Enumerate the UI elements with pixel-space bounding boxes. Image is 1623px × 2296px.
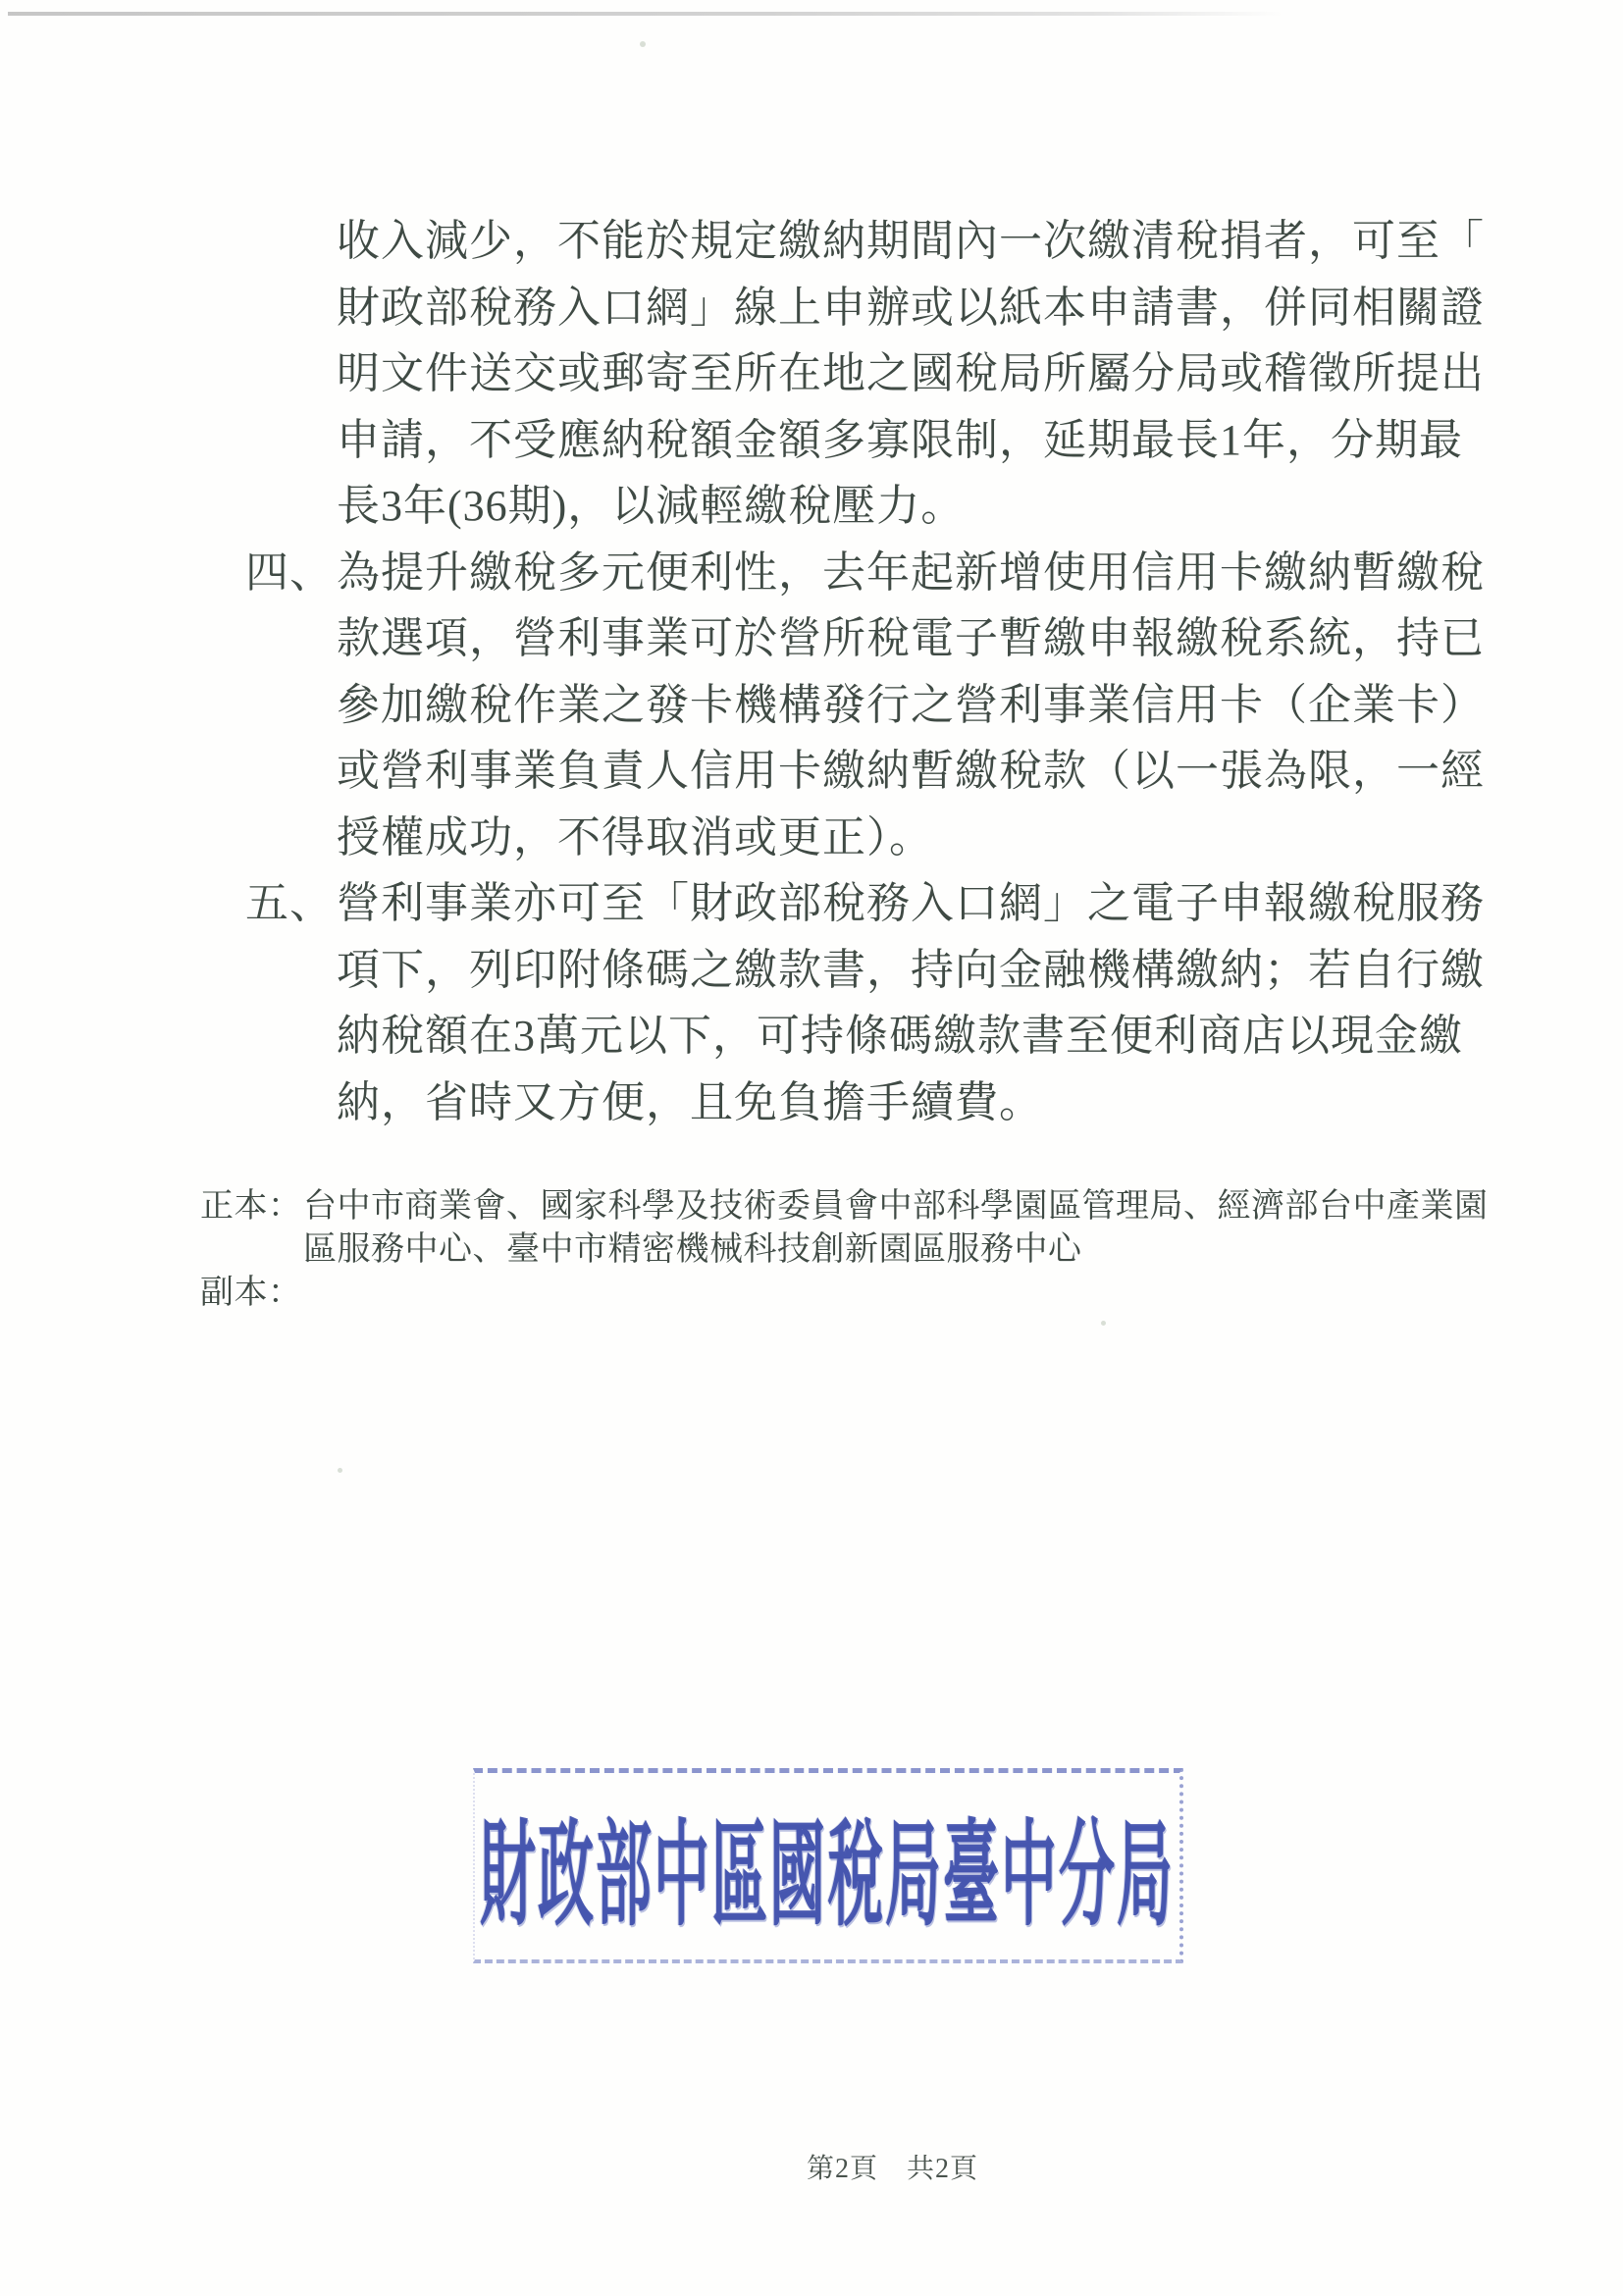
scan-speck	[1101, 1321, 1106, 1326]
item-5-line: 納，省時又方便，且免負擔手續費。	[245, 1070, 1521, 1136]
copy-label: 副本：	[200, 1272, 302, 1315]
original-label: 正本：	[200, 1185, 302, 1228]
official-stamp-text: 財政部中區國稅局臺中分局	[480, 1784, 1175, 1949]
continuation-line: 申請，不受應納稅額金額多寡限制，延期最長1年，分期最	[245, 407, 1521, 474]
continuation-line: 財政部稅務入口網」線上申辦或以紙本申請書，併同相關證	[245, 275, 1521, 341]
scanned-document-page: 收入減少，不能於規定繳納期間內一次繳清稅捐者，可至「 財政部稅務入口網」線上申辦…	[0, 0, 1623, 2296]
item-4-marker: 四、	[245, 540, 334, 606]
item-5-line: 納稅額在3萬元以下，可持條碼繳款書至便利商店以現金繳	[245, 1003, 1521, 1070]
item-5-text: 項下，列印附條碼之繳款書，持向金融機構繳納；若自行繳	[337, 946, 1485, 994]
item-5-marker: 五、	[245, 870, 334, 937]
body-text: 收入減少，不能於規定繳納期間內一次繳清稅捐者，可至「 財政部稅務入口網」線上申辦…	[245, 208, 1521, 1135]
item-4-text: 為提升繳稅多元便利性，去年起新增使用信用卡繳納暫繳稅	[337, 548, 1485, 597]
continuation-line: 長3年(36期)，以減輕繳稅壓力。	[245, 473, 1521, 540]
continuation-line-text: 明文件送交或郵寄至所在地之國稅局所屬分局或稽徵所提出	[337, 349, 1485, 397]
item-4-line: 四、 為提升繳稅多元便利性，去年起新增使用信用卡繳納暫繳稅	[245, 540, 1521, 606]
item-5-line: 項下，列印附條碼之繳款書，持向金融機構繳納；若自行繳	[245, 937, 1521, 1004]
scanner-artifact-line	[8, 12, 1283, 16]
item-4-text: 授權成功，不得取消或更正）。	[337, 813, 933, 861]
page-number-footer: 第2頁 共2頁	[807, 2147, 978, 2186]
continuation-line: 明文件送交或郵寄至所在地之國稅局所屬分局或稽徵所提出	[245, 340, 1521, 407]
original-recipients-line: 區服務中心、臺中市精密機械科技創新園區服務中心	[200, 1228, 1489, 1272]
item-4-line: 參加繳稅作業之發卡機構發行之營利事業信用卡（企業卡）	[245, 672, 1521, 739]
original-recipients-text: 區服務中心、臺中市精密機械科技創新園區服務中心	[303, 1231, 1082, 1268]
continuation-line-text: 財政部稅務入口網」線上申辦或以紙本申請書，併同相關證	[337, 284, 1485, 332]
continuation-line-text: 長3年(36期)，以減輕繳稅壓力。	[337, 482, 965, 530]
item-5-line: 五、 營利事業亦可至「財政部稅務入口網」之電子申報繳稅服務	[245, 870, 1521, 937]
continuation-line-text: 申請，不受應納稅額金額多寡限制，延期最長1年，分期最	[337, 416, 1463, 464]
item-4-text: 或營利事業負責人信用卡繳納暫繳稅款（以一張為限，一經	[337, 747, 1485, 795]
item-4-line: 款選項，營利事業可於營所稅電子暫繳申報繳稅系統，持已	[245, 605, 1521, 672]
scan-speck	[640, 41, 646, 47]
scan-speck	[338, 1468, 342, 1473]
official-stamp: 財政部中區國稅局臺中分局	[473, 1768, 1183, 1963]
distribution-block: 正本： 台中市商業會、國家科學及技術委員會中部科學園區管理局、經濟部台中產業園 …	[200, 1185, 1489, 1272]
item-4-line: 或營利事業負責人信用卡繳納暫繳稅款（以一張為限，一經	[245, 738, 1521, 805]
item-4-text: 款選項，營利事業可於營所稅電子暫繳申報繳稅系統，持已	[337, 614, 1485, 662]
item-5-text: 納稅額在3萬元以下，可持條碼繳款書至便利商店以現金繳	[337, 1012, 1463, 1060]
original-recipients-text: 台中市商業會、國家科學及技術委員會中部科學園區管理局、經濟部台中產業園	[303, 1188, 1489, 1225]
item-5-text: 營利事業亦可至「財政部稅務入口網」之電子申報繳稅服務	[337, 879, 1485, 927]
continuation-line-text: 收入減少，不能於規定繳納期間內一次繳清稅捐者，可至「	[337, 217, 1485, 265]
continuation-line: 收入減少，不能於規定繳納期間內一次繳清稅捐者，可至「	[245, 208, 1521, 275]
item-4-text: 參加繳稅作業之發卡機構發行之營利事業信用卡（企業卡）	[337, 681, 1485, 729]
item-4-line: 授權成功，不得取消或更正）。	[245, 805, 1521, 871]
original-recipients-line: 正本： 台中市商業會、國家科學及技術委員會中部科學園區管理局、經濟部台中產業園	[200, 1185, 1489, 1228]
item-5-text: 納，省時又方便，且免負擔手續費。	[337, 1078, 1043, 1126]
